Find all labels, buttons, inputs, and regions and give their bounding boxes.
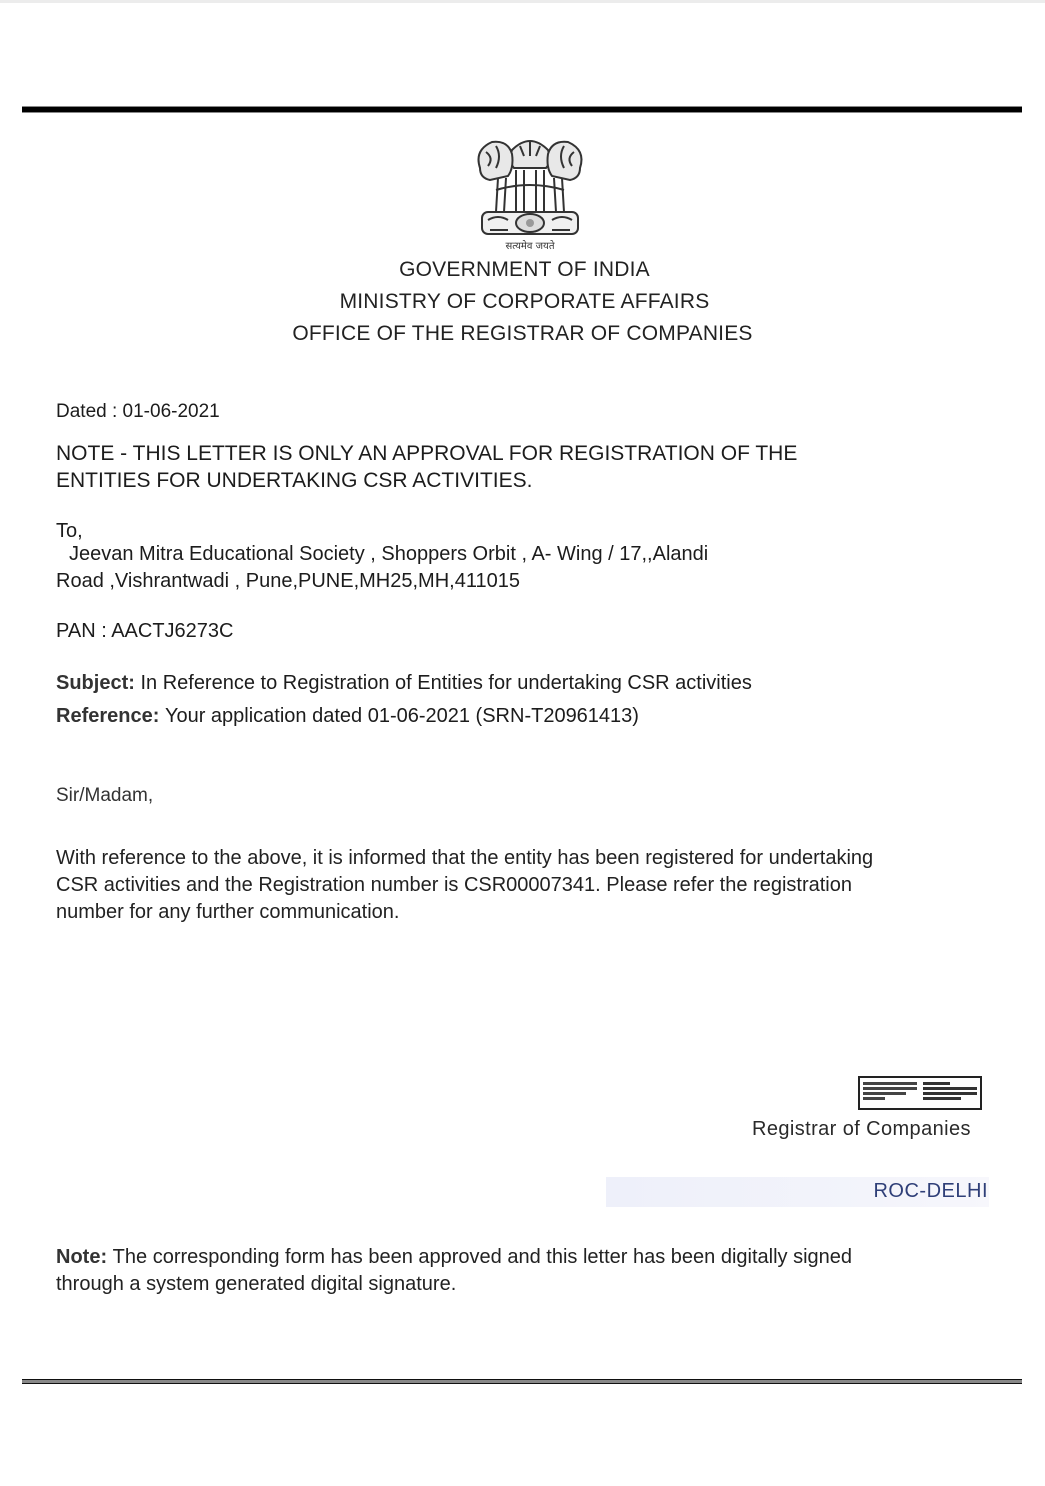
- salutation: Sir/Madam,: [56, 785, 153, 807]
- to-label: To,: [56, 520, 83, 543]
- approval-note: NOTE - THIS LETTER IS ONLY AN APPROVAL F…: [56, 440, 797, 494]
- roc-office: ROC-DELHI: [873, 1180, 988, 1203]
- signatory-title: Registrar of Companies: [752, 1118, 971, 1141]
- approval-note-line2: ENTITIES FOR UNDERTAKING CSR ACTIVITIES.: [56, 467, 797, 494]
- body-line2: CSR activities and the Registration numb…: [56, 872, 873, 899]
- header-government: GOVERNMENT OF INDIA: [2, 258, 1045, 282]
- recipient-address: Jeevan Mitra Educational Society , Shopp…: [56, 541, 708, 595]
- header-ministry: MINISTRY OF CORPORATE AFFAIRS: [2, 290, 1045, 314]
- body-line3: number for any further communication.: [56, 899, 873, 926]
- footer-note-line2: through a system generated digital signa…: [56, 1271, 852, 1298]
- svg-text:सत्यमेव जयते: सत्यमेव जयते: [505, 240, 554, 252]
- pan-number: PAN : AACTJ6273C: [56, 620, 234, 643]
- header-rule: [22, 106, 1022, 113]
- footer-note-line1: The corresponding form has been approved…: [113, 1246, 852, 1268]
- reference-label: Reference:: [56, 705, 165, 727]
- header-office: OFFICE OF THE REGISTRAR OF COMPANIES: [0, 322, 1045, 346]
- footer-note-label: Note:: [56, 1246, 113, 1268]
- address-line2: Road ,Vishrantwadi , Pune,PUNE,MH25,MH,4…: [56, 568, 708, 595]
- subject-line: Subject: In Reference to Registration of…: [56, 672, 752, 695]
- letter-body: With reference to the above, it is infor…: [56, 845, 873, 926]
- digital-signature-stamp-icon: [858, 1076, 982, 1110]
- page-top-edge: [0, 0, 1045, 3]
- approval-note-line1: NOTE - THIS LETTER IS ONLY AN APPROVAL F…: [56, 440, 797, 467]
- subject-text: In Reference to Registration of Entities…: [140, 672, 751, 694]
- dated-value: 01-06-2021: [123, 401, 220, 422]
- national-emblem-icon: सत्यमेव जयते: [468, 128, 592, 254]
- dated-label: Dated :: [56, 401, 123, 422]
- footer-rule: [22, 1379, 1022, 1384]
- footer-note: Note: The corresponding form has been ap…: [56, 1244, 852, 1298]
- letter-date: Dated : 01-06-2021: [56, 401, 220, 423]
- pan-value: AACTJ6273C: [111, 620, 233, 642]
- address-line1: Jeevan Mitra Educational Society , Shopp…: [56, 541, 708, 568]
- subject-label: Subject:: [56, 672, 140, 694]
- reference-line: Reference: Your application dated 01-06-…: [56, 705, 639, 728]
- pan-label: PAN :: [56, 620, 111, 642]
- reference-text: Your application dated 01-06-2021 (SRN-T…: [165, 705, 639, 727]
- body-line1: With reference to the above, it is infor…: [56, 845, 873, 872]
